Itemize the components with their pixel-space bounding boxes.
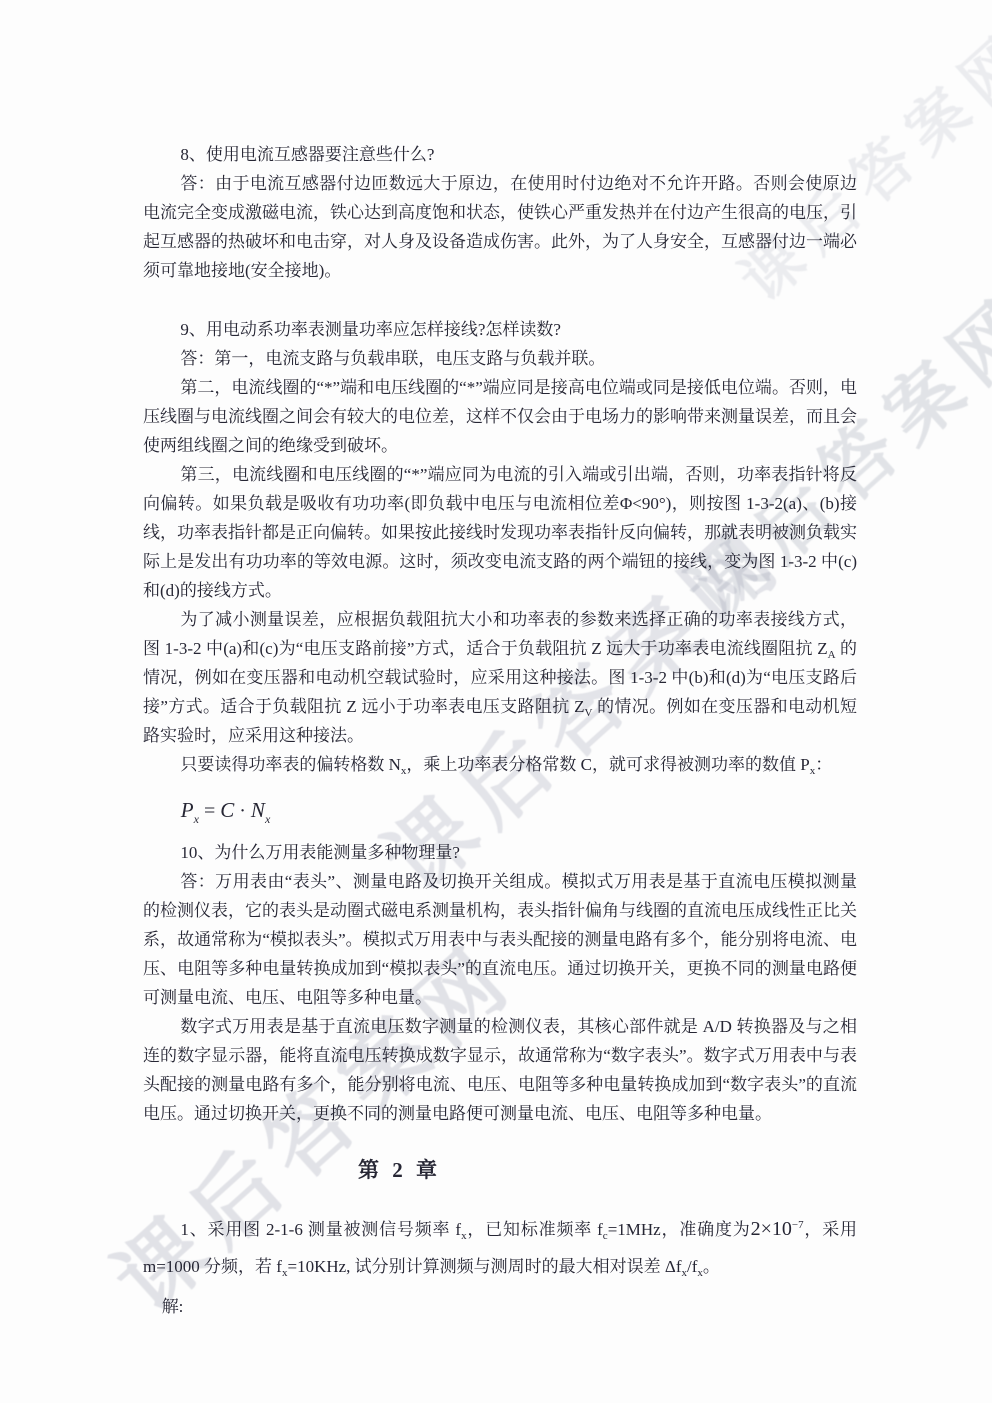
text-run: · bbox=[234, 800, 251, 822]
text-run: 第二，电流线圈的“*”端和电压线圈的“*”端应同是接高电位端或同是接低电位端。否… bbox=[143, 378, 857, 455]
text-run: 数字式万用表是基于直流电压数字测量的检测仪表，其核心部件就是 A/D 转换器及与… bbox=[143, 1017, 857, 1123]
answer-9-reading: 只要读得功率表的偏转格数 Nx，乘上功率表分格常数 C，就可求得被测功率的数值 … bbox=[143, 750, 857, 779]
text-run: 解: bbox=[162, 1297, 184, 1316]
text-run: 第三，电流线圈和电压线圈的“*”端应同为电流的引入端或引出端，否则，功率表指针将… bbox=[143, 465, 857, 600]
document-page: 课后答案网 课后答案网 课后答案网 课后答案网 8、使用电流互感器要注意些什么?… bbox=[0, 0, 992, 1403]
text-run: /f bbox=[687, 1257, 697, 1276]
text-run: 答：第一，电流支路与负载串联，电压支路与负载并联。 bbox=[180, 349, 605, 368]
text-run: 只要读得功率表的偏转格数 N bbox=[180, 755, 401, 774]
text-run: P bbox=[181, 798, 194, 822]
text-run: 8、使用电流互感器要注意些什么? bbox=[180, 145, 434, 164]
chapter2-question-1: 1、采用图 2-1-6 测量被测信号频率 fx，已知标准频率 fc=1MHz，准… bbox=[143, 1211, 857, 1285]
answer-8: 答：由于电流互感器付边匝数远大于原边，在使用时付边绝对不允许开路。否则会使原边电… bbox=[143, 169, 857, 285]
text-run: 1、采用图 2-1-6 测量被测信号频率 f bbox=[180, 1220, 461, 1239]
text-run: C bbox=[220, 798, 234, 822]
text-run: 9、用电动系功率表测量功率应怎样接线?怎样读数? bbox=[180, 320, 561, 339]
text-run: =1MHz，准确度为 bbox=[608, 1220, 751, 1239]
chapter-2-heading: 第 2 章 bbox=[143, 1156, 857, 1185]
text-run: 。 bbox=[703, 1257, 720, 1276]
text-run: N bbox=[251, 798, 265, 822]
text-run: 10、为什么万用表能测量多种物理量? bbox=[180, 843, 460, 862]
section-gap bbox=[143, 285, 857, 315]
text-run: =10KHz, 试分别计算测频与测周时的最大相对误差 Δf bbox=[287, 1257, 681, 1276]
answer-10-analog: 答：万用表由“表头”、测量电路及切换开关组成。模拟式万用表是基于直流电压模拟测量… bbox=[143, 867, 857, 1012]
question-10: 10、为什么万用表能测量多种物理量? bbox=[143, 838, 857, 867]
power-formula: Px = C · Nx bbox=[143, 794, 857, 827]
answer-9-second: 第二，电流线圈的“*”端和电压线圈的“*”端应同是接高电位端或同是接低电位端。否… bbox=[143, 373, 857, 460]
page-content: 8、使用电流互感器要注意些什么? 答：由于电流互感器付边匝数远大于原边，在使用时… bbox=[143, 140, 857, 1325]
answer-9-first: 答：第一，电流支路与负载串联，电压支路与负载并联。 bbox=[143, 344, 857, 373]
text-run: 答：由于电流互感器付边匝数远大于原边，在使用时付边绝对不允许开路。否则会使原边电… bbox=[143, 174, 857, 280]
text-run: x bbox=[265, 812, 270, 826]
text-run: ，乘上功率表分格常数 C，就可求得被测功率的数值 P bbox=[406, 755, 809, 774]
answer-10-digital: 数字式万用表是基于直流电压数字测量的检测仪表，其核心部件就是 A/D 转换器及与… bbox=[143, 1012, 857, 1128]
text-run: A bbox=[828, 649, 836, 661]
text-run: 答：万用表由“表头”、测量电路及切换开关组成。模拟式万用表是基于直流电压模拟测量… bbox=[143, 872, 857, 1007]
text-run: 2×10 bbox=[751, 1218, 792, 1240]
question-9: 9、用电动系功率表测量功率应怎样接线?怎样读数? bbox=[143, 315, 857, 344]
text-run: = bbox=[199, 800, 220, 822]
text-run: ： bbox=[815, 755, 832, 774]
text-run: ，已知标准频率 f bbox=[467, 1220, 603, 1239]
question-8: 8、使用电流互感器要注意些什么? bbox=[143, 140, 857, 169]
text-run: −7 bbox=[792, 1219, 804, 1231]
text-run: 为了减小测量误差，应根据负载阻抗大小和功率表的参数来选择正确的功率表接线方式，图… bbox=[143, 610, 857, 658]
answer-9-wiring-choice: 为了减小测量误差，应根据负载阻抗大小和功率表的参数来选择正确的功率表接线方式，图… bbox=[143, 605, 857, 750]
answer-9-third: 第三，电流线圈和电压线圈的“*”端应同为电流的引入端或引出端，否则，功率表指针将… bbox=[143, 460, 857, 605]
chapter2-solution-label: 解: bbox=[143, 1288, 857, 1325]
